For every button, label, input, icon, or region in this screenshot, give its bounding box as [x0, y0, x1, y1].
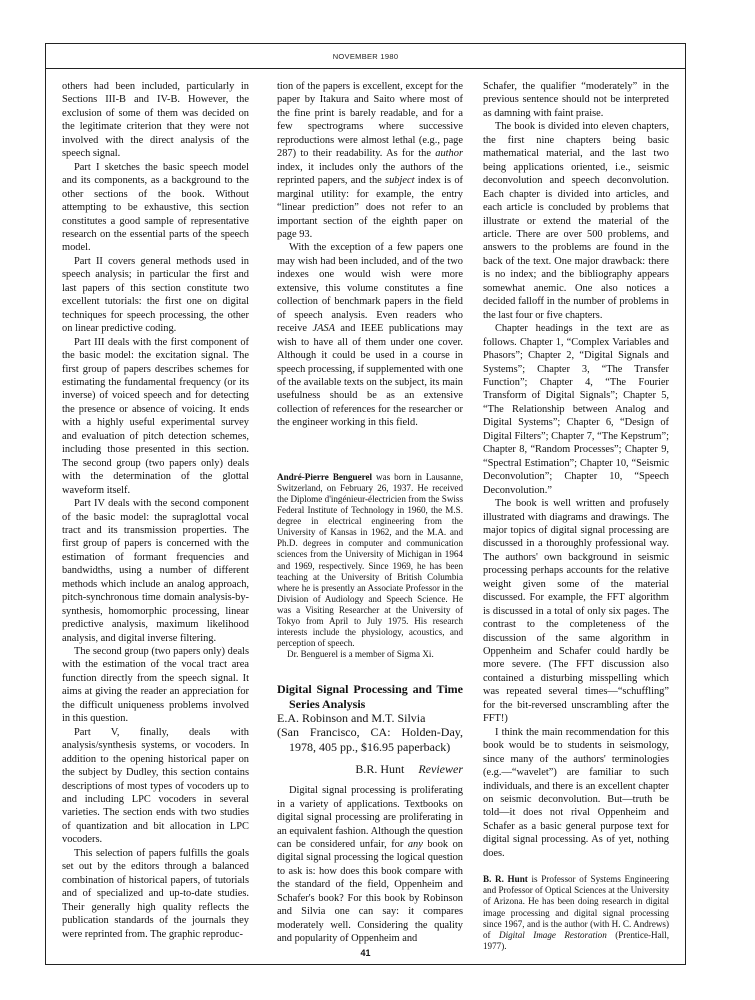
paragraph: The book is divided into eleven chapters… — [483, 120, 669, 322]
column-3: Schafer, the qualifier “moderately” in t… — [483, 80, 669, 952]
paragraph: Part III deals with the first component … — [62, 336, 249, 497]
author-bio-benguerel: André-Pierre Benguerel was born in Lausa… — [277, 472, 463, 661]
paragraph: others had been included, particularly i… — [62, 80, 249, 161]
reviewer-role: Reviewer — [418, 762, 463, 776]
bio-name: B. R. Hunt — [483, 874, 528, 884]
bio-note: Dr. Benguerel is a member of Sigma Xi. — [277, 649, 463, 660]
paragraph: With the exception of a few papers one m… — [277, 241, 463, 429]
bio-name: André-Pierre Benguerel — [277, 472, 372, 482]
paragraph: Part IV deals with the second component … — [62, 497, 249, 645]
page-frame: NOVEMBER 1980 others had been included, … — [45, 43, 686, 965]
paragraph: The second group (two papers only) deals… — [62, 645, 249, 726]
author-bio-hunt: B. R. Hunt is Professor of Systems Engin… — [483, 874, 669, 952]
book-review-heading: Digital Signal Processing and Time Serie… — [277, 682, 463, 776]
paragraph: Chapter headings in the text are as foll… — [483, 322, 669, 497]
paragraph: Part II covers general methods used in s… — [62, 255, 249, 336]
column-2: tion of the papers is excellent, except … — [277, 80, 463, 946]
paragraph: This selection of papers fulfills the go… — [62, 847, 249, 941]
paragraph: Part I sketches the basic speech model a… — [62, 161, 249, 255]
paragraph: tion of the papers is excellent, except … — [277, 80, 463, 241]
paragraph: Schafer, the qualifier “moderately” in t… — [483, 80, 669, 120]
review-publication-info: (San Francisco, CA: Holden-Day, 1978, 40… — [277, 725, 463, 754]
paragraph: Digital signal processing is proliferati… — [277, 784, 463, 945]
reviewer-name: B.R. Hunt — [355, 762, 404, 776]
column-1: others had been included, particularly i… — [62, 80, 249, 941]
paragraph: Part V, finally, deals with analysis/syn… — [62, 726, 249, 847]
review-book-authors: E.A. Robinson and M.T. Silvia — [277, 711, 463, 725]
reviewer-line: B.R. HuntReviewer — [277, 762, 463, 776]
running-head-text: NOVEMBER 1980 — [333, 52, 399, 61]
paragraph: I think the main recommendation for this… — [483, 726, 669, 861]
running-header: NOVEMBER 1980 — [46, 44, 685, 69]
page-number: 41 — [46, 948, 685, 958]
review-book-title: Digital Signal Processing and Time Serie… — [277, 682, 463, 711]
paragraph: The book is well written and profusely i… — [483, 497, 669, 726]
